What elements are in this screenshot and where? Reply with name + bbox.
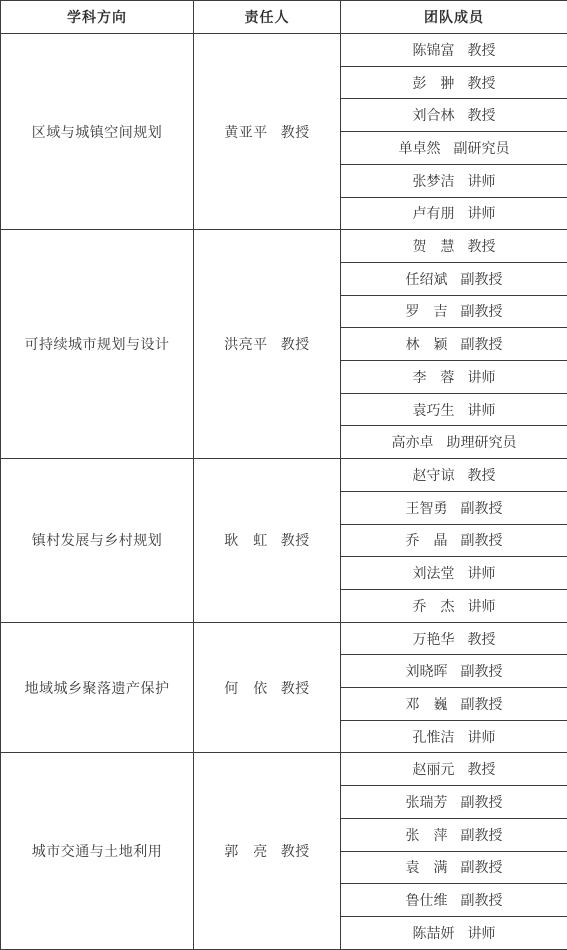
member-cell: 邓 巍副教授 [341,688,567,721]
member-title: 副教授 [461,336,503,352]
member-cell: 张瑞芳副教授 [341,786,567,819]
member-cell: 孔惟洁讲师 [341,720,567,753]
member-title: 讲师 [468,598,496,614]
member-cell: 万艳华教授 [341,622,567,655]
member-title: 副教授 [461,532,503,548]
member-cell: 刘合林教授 [341,99,567,132]
leader-title: 教授 [281,336,310,352]
member-name: 赵丽元 [413,761,455,777]
member-title: 副教授 [461,696,503,712]
member-title: 副教授 [461,859,503,875]
member-cell: 任绍斌副教授 [341,262,567,295]
member-cell: 袁巧生讲师 [341,393,567,426]
direction-cell: 城市交通与土地利用 [1,753,194,950]
member-cell: 彭 翀教授 [341,66,567,99]
member-cell: 袁 满副教授 [341,851,567,884]
leader-title: 教授 [281,532,310,548]
member-title: 助理研究员 [447,434,517,450]
member-name: 林 颖 [406,336,448,352]
member-name: 高亦卓 [392,434,434,450]
leader-title: 教授 [281,124,310,140]
member-cell: 高亦卓助理研究员 [341,426,567,459]
member-cell: 刘晓晖副教授 [341,655,567,688]
member-title: 讲师 [468,925,496,941]
member-title: 讲师 [468,205,496,221]
member-title: 副教授 [461,500,503,516]
leader-cell: 郭 亮教授 [194,753,341,950]
member-name: 袁 满 [406,859,448,875]
direction-cell: 区域与城镇空间规划 [1,34,194,230]
leader-title: 教授 [281,680,310,696]
member-title: 教授 [468,107,496,123]
table-row: 可持续城市规划与设计 洪亮平教授 贺 慧教授 [1,230,567,263]
member-name: 张瑞芳 [406,794,448,810]
member-cell: 刘法堂讲师 [341,557,567,590]
header-cell-members: 团队成员 [341,1,567,34]
leader-cell: 洪亮平教授 [194,230,341,459]
member-name: 罗 吉 [406,303,448,319]
member-name: 张梦洁 [413,173,455,189]
table-row: 城市交通与土地利用 郭 亮教授 赵丽元教授 [1,753,567,786]
member-cell: 乔 晶副教授 [341,524,567,557]
member-title: 教授 [468,631,496,647]
member-name: 袁巧生 [413,402,455,418]
member-title: 教授 [468,42,496,58]
member-cell: 林 颖副教授 [341,328,567,361]
member-title: 讲师 [468,369,496,385]
member-name: 陈锦富 [413,42,455,58]
member-name: 万艳华 [413,631,455,647]
member-cell: 陈喆妍讲师 [341,916,567,949]
member-title: 副教授 [461,827,503,843]
member-title: 讲师 [468,173,496,189]
member-cell: 赵丽元教授 [341,753,567,786]
member-title: 副研究员 [454,140,510,156]
member-name: 乔 杰 [413,598,455,614]
direction-cell: 可持续城市规划与设计 [1,230,194,459]
member-cell: 张梦洁讲师 [341,164,567,197]
member-name: 贺 慧 [413,238,455,254]
member-name: 刘合林 [413,107,455,123]
leader-name: 洪亮平 [224,336,268,352]
table-row: 地域城乡聚落遗产保护 何 依教授 万艳华教授 [1,622,567,655]
member-name: 刘晓晖 [406,663,448,679]
header-cell-leader: 责任人 [194,1,341,34]
member-name: 任绍斌 [406,271,448,287]
member-title: 副教授 [461,303,503,319]
member-name: 刘法堂 [413,565,455,581]
member-title: 教授 [468,467,496,483]
table-row: 镇村发展与乡村规划 耿 虹教授 赵守谅教授 [1,459,567,492]
member-name: 彭 翀 [413,75,455,91]
member-cell: 王智勇副教授 [341,491,567,524]
leader-cell: 何 依教授 [194,622,341,753]
member-cell: 乔 杰讲师 [341,589,567,622]
faculty-table: 学科方向 责任人 团队成员 区域与城镇空间规划 黄亚平教授 陈锦富教授 彭 翀教… [0,0,567,950]
member-cell: 赵守谅教授 [341,459,567,492]
member-name: 邓 巍 [406,696,448,712]
member-name: 陈喆妍 [413,925,455,941]
member-title: 讲师 [468,565,496,581]
member-cell: 鲁仕维副教授 [341,884,567,917]
member-title: 副教授 [461,663,503,679]
table-row: 区域与城镇空间规划 黄亚平教授 陈锦富教授 [1,34,567,67]
leader-title: 教授 [281,843,310,859]
leader-name: 黄亚平 [224,124,268,140]
member-cell: 张 萍副教授 [341,818,567,851]
member-cell: 李 蓉讲师 [341,361,567,394]
document-page: 学科方向 责任人 团队成员 区域与城镇空间规划 黄亚平教授 陈锦富教授 彭 翀教… [0,0,567,950]
leader-cell: 耿 虹教授 [194,459,341,623]
member-cell: 卢有朋讲师 [341,197,567,230]
leader-name: 郭 亮 [224,843,268,859]
direction-cell: 地域城乡聚落遗产保护 [1,622,194,753]
member-name: 李 蓉 [413,369,455,385]
leader-name: 何 依 [224,680,268,696]
member-name: 王智勇 [406,500,448,516]
member-name: 卢有朋 [413,205,455,221]
leader-name: 耿 虹 [224,532,268,548]
direction-cell: 镇村发展与乡村规划 [1,459,194,623]
member-title: 教授 [468,761,496,777]
member-cell: 单卓然副研究员 [341,132,567,165]
leader-cell: 黄亚平教授 [194,34,341,230]
member-cell: 贺 慧教授 [341,230,567,263]
member-title: 副教授 [461,271,503,287]
member-title: 讲师 [468,729,496,745]
member-name: 鲁仕维 [406,892,448,908]
member-name: 张 萍 [406,827,448,843]
member-name: 单卓然 [399,140,441,156]
member-title: 副教授 [461,892,503,908]
member-name: 孔惟洁 [413,729,455,745]
header-row: 学科方向 责任人 团队成员 [1,1,567,34]
header-cell-direction: 学科方向 [1,1,194,34]
member-cell: 罗 吉副教授 [341,295,567,328]
member-name: 乔 晶 [406,532,448,548]
member-name: 赵守谅 [413,467,455,483]
member-title: 副教授 [461,794,503,810]
member-title: 讲师 [468,402,496,418]
member-cell: 陈锦富教授 [341,34,567,67]
member-title: 教授 [468,238,496,254]
member-title: 教授 [468,75,496,91]
